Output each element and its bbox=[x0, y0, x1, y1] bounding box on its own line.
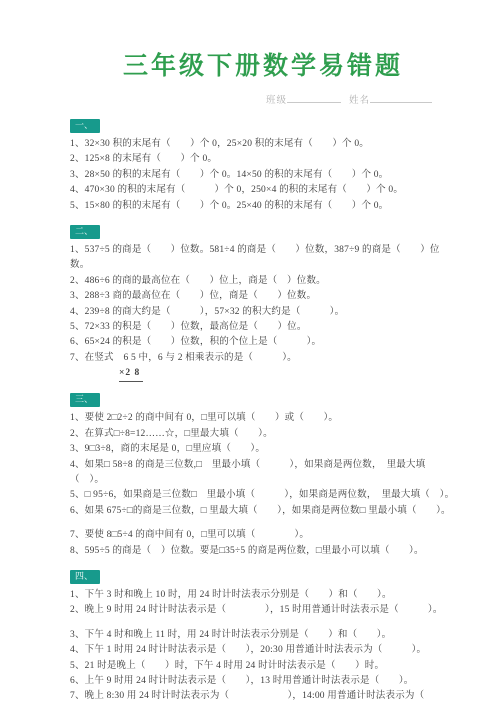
question-text: 5、15×80 的积的末尾有（ ）个 0。25×40 的积的末尾有（ ）个 0。 bbox=[70, 199, 456, 214]
question-item: 2、125×8 的末尾有（ ）个 0。 bbox=[70, 152, 456, 167]
section-items: 1、32×30 积的末尾有（ ）个 0，25×20 积的末尾有（ ）个 0。 2… bbox=[70, 137, 456, 214]
worksheet-section: 三、 1、要使 2□2÷2 的商中间有 0，□里可以填（ ）或（ ）。 2、在算… bbox=[70, 382, 456, 559]
question-item: 3、下午 4 时和晚上 11 时，用 24 时计时法表示分别是（ ）和（ ）。 bbox=[70, 628, 456, 643]
question-text: 7、在竖式 6 5 中，6 与 2 相乘表示的是（ ）。 bbox=[70, 351, 456, 366]
name-label: 姓名 bbox=[349, 96, 370, 106]
question-text: 1、下午 3 时和晚上 10 时，用 24 时计时法表示分别是（ ）和（ ）。 bbox=[70, 588, 456, 603]
question-text: 1、32×30 积的末尾有（ ）个 0，25×20 积的末尾有（ ）个 0。 bbox=[70, 137, 456, 152]
question-item: 4、下午 1 时用 24 时计时法表示是（ ），20:30 用普通计时法表示为（… bbox=[70, 643, 456, 658]
question-text: 2、125×8 的末尾有（ ）个 0。 bbox=[70, 152, 456, 167]
section-badge: 四、 bbox=[70, 570, 100, 584]
question-item: 1、下午 3 时和晚上 10 时，用 24 时计时法表示分别是（ ）和（ ）。 bbox=[70, 588, 456, 603]
question-item: 6、如果 675÷□的商是三位数，□ 里最大填（ ），如果商是两位数□ 里最小填… bbox=[70, 504, 456, 519]
question-item: 8、595÷5 的商是（ ）位数。要是□35÷5 的商是两位数，□里最小可以填（… bbox=[70, 544, 456, 559]
question-text: 5、72×33 的积是（ ）位数，最高位是（ ）位。 bbox=[70, 320, 456, 335]
question-item: 7、要使 8□5÷4 的商中间有 0，□里可以填（ ）。 bbox=[70, 528, 456, 543]
question-text: 1、537÷5 的商是（ ）位数。581÷4 的商是（ ）位数，387÷9 的商… bbox=[70, 243, 456, 274]
question-item: 4、如果□ 58÷8 的商是三位数,□ 里最小填（ ），如果商是两位数， 里最大… bbox=[70, 458, 456, 489]
question-item: 2、486÷6 的商的最高位在（ ）位上，商是（ ）位数。 bbox=[70, 274, 456, 289]
question-text: 4、470×30 的积的末尾有（ ）个 0，250×4 的积的末尾有（ ）个 0… bbox=[70, 183, 456, 198]
question-item: 7、在竖式 6 5 中，6 与 2 相乘表示的是（ ）。 ×2 8 bbox=[70, 351, 456, 382]
question-item: 6、65×24 的积是（ ）位数，积的个位上是（ ）。 bbox=[70, 335, 456, 350]
section-items: 1、537÷5 的商是（ ）位数。581÷4 的商是（ ）位数，387÷9 的商… bbox=[70, 243, 456, 382]
class-blank-line bbox=[287, 94, 341, 103]
section-badge: 二、 bbox=[70, 225, 100, 239]
name-blank-line bbox=[370, 94, 432, 103]
question-item: 3、28×50 的积的末尾有（ ）个 0。14×50 的积的末尾有（ ）个 0。 bbox=[70, 168, 456, 183]
question-text: 8、595÷5 的商是（ ）位数。要是□35÷5 的商是两位数，□里最小可以填（… bbox=[70, 544, 456, 559]
question-item: 4、239÷8 的商大约是（ ），57×32 的积大约是（ ）。 bbox=[70, 305, 456, 320]
question-text: 5、21 时是晚上（ ）时，下午 4 时用 24 时计时法表示是（ ）时。 bbox=[70, 659, 456, 674]
worksheet-section: 四、 1、下午 3 时和晚上 10 时，用 24 时计时法表示分别是（ ）和（ … bbox=[70, 559, 456, 705]
question-item: 7、晚上 8:30 用 24 时计时法表示为（ ），14:00 用普通计时法表示… bbox=[70, 689, 456, 704]
vertical-multiplication-bottom: ×2 8 bbox=[119, 366, 143, 382]
question-text: 4、如果□ 58÷8 的商是三位数,□ 里最小填（ ），如果商是两位数， 里最大… bbox=[70, 458, 456, 489]
question-text: 2、在算式□÷8=12……☆，□里最大填（ ）。 bbox=[70, 427, 456, 442]
student-info-row: 班级姓名 bbox=[70, 92, 456, 106]
page-title: 三年级下册数学易错题 bbox=[70, 46, 456, 82]
worksheet-section: 二、 1、537÷5 的商是（ ）位数。581÷4 的商是（ ）位数，387÷9… bbox=[70, 214, 456, 382]
class-label: 班级 bbox=[266, 96, 287, 106]
question-text: 7、晚上 8:30 用 24 时计时法表示为（ ），14:00 用普通计时法表示… bbox=[70, 689, 456, 704]
question-text: 1、要使 2□2÷2 的商中间有 0，□里可以填（ ）或（ ）。 bbox=[70, 411, 456, 426]
question-item: 5、□ 95÷6，如果商是三位数□ 里最小填（ ），如果商是两位数， 里最大填（… bbox=[70, 488, 456, 503]
question-item: 2、在算式□÷8=12……☆，□里最大填（ ）。 bbox=[70, 427, 456, 442]
question-item: 6、上午 9 时用 24 时计时法表示是（ ），13 时用普通计时法表示是（ ）… bbox=[70, 674, 456, 689]
sections: 一、 1、32×30 积的末尾有（ ）个 0，25×20 积的末尾有（ ）个 0… bbox=[70, 108, 456, 705]
section-badge: 三、 bbox=[70, 393, 100, 407]
question-item: 3、9□3÷8，商的末尾是 0，□里应填（ ）。 bbox=[70, 442, 456, 457]
question-text: 3、28×50 的积的末尾有（ ）个 0。14×50 的积的末尾有（ ）个 0。 bbox=[70, 168, 456, 183]
question-text: 3、下午 4 时和晚上 11 时，用 24 时计时法表示分别是（ ）和（ ）。 bbox=[70, 628, 456, 643]
question-text: 6、65×24 的积是（ ）位数，积的个位上是（ ）。 bbox=[70, 335, 456, 350]
section-badge: 一、 bbox=[70, 119, 100, 133]
question-text: 3、288÷3 商的最高位在（ ）位，商是（ ）位数。 bbox=[70, 289, 456, 304]
question-item: 3、288÷3 商的最高位在（ ）位，商是（ ）位数。 bbox=[70, 289, 456, 304]
question-text: 2、晚上 9 时用 24 时计时法表示是（ ），15 时用普通计时法表示是（ ）… bbox=[70, 603, 456, 618]
question-text: 5、□ 95÷6，如果商是三位数□ 里最小填（ ），如果商是两位数， 里最大填（… bbox=[70, 488, 456, 503]
question-text: 3、9□3÷8，商的末尾是 0，□里应填（ ）。 bbox=[70, 442, 456, 457]
question-item: 2、晚上 9 时用 24 时计时法表示是（ ），15 时用普通计时法表示是（ ）… bbox=[70, 603, 456, 618]
question-item: 1、要使 2□2÷2 的商中间有 0，□里可以填（ ）或（ ）。 bbox=[70, 411, 456, 426]
question-text: 4、下午 1 时用 24 时计时法表示是（ ），20:30 用普通计时法表示为（… bbox=[70, 643, 456, 658]
question-item: 4、470×30 的积的末尾有（ ）个 0，250×4 的积的末尾有（ ）个 0… bbox=[70, 183, 456, 198]
question-text: 7、要使 8□5÷4 的商中间有 0，□里可以填（ ）。 bbox=[70, 528, 456, 543]
question-text: 6、上午 9 时用 24 时计时法表示是（ ），13 时用普通计时法表示是（ ）… bbox=[70, 674, 456, 689]
question-item: 1、537÷5 的商是（ ）位数。581÷4 的商是（ ）位数，387÷9 的商… bbox=[70, 243, 456, 274]
question-item: 5、72×33 的积是（ ）位数，最高位是（ ）位。 bbox=[70, 320, 456, 335]
question-text: 2、486÷6 的商的最高位在（ ）位上，商是（ ）位数。 bbox=[70, 274, 456, 289]
question-item: 1、32×30 积的末尾有（ ）个 0，25×20 积的末尾有（ ）个 0。 bbox=[70, 137, 456, 152]
worksheet-page: 三年级下册数学易错题 班级姓名 一、 1、32×30 积的末尾有（ ）个 0，2… bbox=[0, 0, 500, 707]
question-item: 5、21 时是晚上（ ）时，下午 4 时用 24 时计时法表示是（ ）时。 bbox=[70, 659, 456, 674]
worksheet-section: 一、 1、32×30 积的末尾有（ ）个 0，25×20 积的末尾有（ ）个 0… bbox=[70, 108, 456, 214]
section-items: 1、要使 2□2÷2 的商中间有 0，□里可以填（ ）或（ ）。 2、在算式□÷… bbox=[70, 411, 456, 559]
question-text: 6、如果 675÷□的商是三位数，□ 里最大填（ ），如果商是两位数□ 里最小填… bbox=[70, 504, 456, 519]
question-item: 5、15×80 的积的末尾有（ ）个 0。25×40 的积的末尾有（ ）个 0。 bbox=[70, 199, 456, 214]
section-items: 1、下午 3 时和晚上 10 时，用 24 时计时法表示分别是（ ）和（ ）。 … bbox=[70, 588, 456, 705]
question-text: 4、239÷8 的商大约是（ ），57×32 的积大约是（ ）。 bbox=[70, 305, 456, 320]
